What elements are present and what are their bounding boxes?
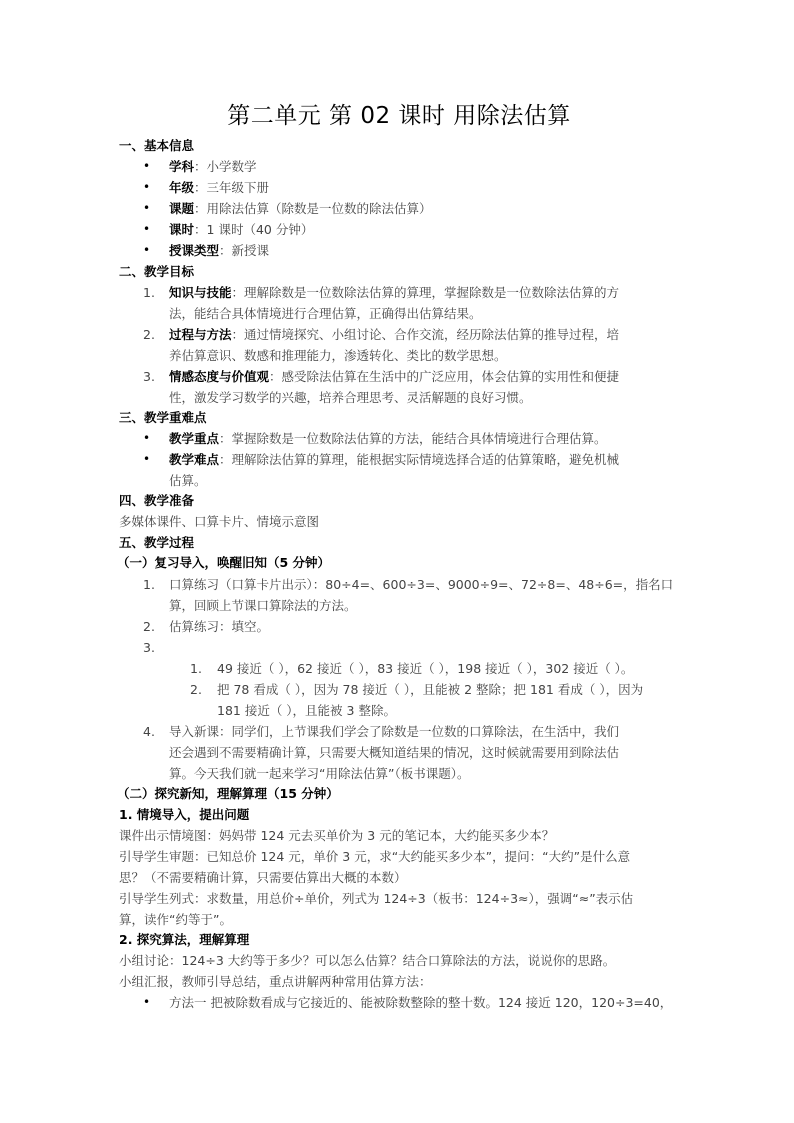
oral-practice: 口算练习（口算卡片出示）：80÷4=、600÷3=、9000÷9=、72÷8=、… bbox=[169, 574, 673, 595]
section-heading-process: 五、教学过程 bbox=[119, 532, 194, 553]
guide-text-1: 引导学生审题：已知总价 124 元，单价 3 元，求“大约能买多少本”，提问：“… bbox=[119, 846, 630, 867]
sub-list-number: 2. bbox=[190, 682, 202, 697]
page-title: 第二单元 第 02 课时 用除法估算 bbox=[119, 97, 679, 130]
fill-blank-2: 把 78 看成（ ），因为 78 接近（ ），且能被 2 整除；把 181 看成… bbox=[217, 679, 643, 700]
bullet-icon: • bbox=[143, 159, 150, 173]
group-discussion: 小组讨论：124÷3 大约等于多少？可以怎么估算？结合口算除法的方法，说说你的思… bbox=[119, 950, 615, 971]
fill-blank-2-cont: 181 接近（ ），且能被 3 整除。 bbox=[217, 700, 396, 721]
objective-knowledge-cont: 法，能结合具体情境进行合理估算，正确得出估算结果。 bbox=[169, 303, 482, 324]
info-item-subject: 学科：小学数学 bbox=[169, 156, 257, 177]
section-heading-basic-info: 一、基本信息 bbox=[119, 135, 194, 156]
method-one: 方法一 把被除数看成与它接近的、能被除数整除的整十数。124 接近 120，12… bbox=[169, 992, 672, 1013]
new-lesson-intro-cont: 还会遇到不需要精确计算，只需要大概知道结果的情况，这时候就需要用到除法估 bbox=[169, 742, 619, 763]
step2-heading: 2. 探究算法，理解算理 bbox=[119, 929, 249, 950]
oral-practice-cont: 算，回顾上节课口算除法的方法。 bbox=[169, 595, 357, 616]
estimate-practice: 估算练习：填空。 bbox=[169, 616, 269, 637]
section-heading-objectives: 二、教学目标 bbox=[119, 261, 194, 282]
scenario-text: 课件出示情境图：妈妈带 124 元去买单价为 3 元的笔记本，大约能买多少本？ bbox=[119, 825, 554, 846]
list-number: 4. bbox=[143, 724, 155, 739]
preparation-text: 多媒体课件、口算卡片、情境示意图 bbox=[119, 511, 319, 532]
list-number: 1. bbox=[143, 577, 155, 592]
section-heading-key-points: 三、教学重难点 bbox=[119, 407, 207, 428]
part1-heading: （一）复习导入，唤醒旧知（5 分钟） bbox=[117, 552, 330, 573]
bullet-icon: • bbox=[143, 431, 150, 445]
bullet-icon: • bbox=[143, 243, 150, 257]
guide-text-2: 引导学生列式：求数量，用总价÷单价，列式为 124÷3（板书：124÷3≈），强… bbox=[119, 888, 633, 909]
info-item-topic: 课题：用除法估算（除数是一位数的除法估算） bbox=[169, 198, 432, 219]
fill-blank-1: 49 接近（ ），62 接近（ ），83 接近（ ），198 接近（ ），302… bbox=[217, 658, 633, 679]
objective-attitude: 情感态度与价值观：感受除法估算在生活中的广泛应用，体会估算的实用性和便捷 bbox=[169, 366, 619, 387]
objective-process-cont: 养估算意识、数感和推理能力，渗透转化、类比的数学思想。 bbox=[169, 345, 507, 366]
new-lesson-intro-cont2: 算。今天我们就一起来学习“用除法估算”（板书课题）。 bbox=[169, 763, 469, 784]
guide-text-2-cont: 算，读作“约等于”。 bbox=[119, 909, 232, 930]
sub-list-number: 1. bbox=[190, 661, 202, 676]
section-heading-preparation: 四、教学准备 bbox=[119, 490, 194, 511]
list-number: 2. bbox=[143, 327, 155, 342]
list-number: 1. bbox=[143, 285, 155, 300]
part2-heading: （二）探究新知，理解算理（15 分钟） bbox=[117, 783, 339, 804]
new-lesson-intro: 导入新课：同学们，上节课我们学会了除数是一位数的口算除法，在生活中，我们 bbox=[169, 721, 619, 742]
list-number: 3. bbox=[143, 640, 155, 655]
bullet-icon: • bbox=[143, 452, 150, 466]
key-point: 教学重点：掌握除数是一位数除法估算的方法，能结合具体情境进行合理估算。 bbox=[169, 428, 607, 449]
bullet-icon: • bbox=[143, 995, 150, 1009]
info-item-grade: 年级：三年级下册 bbox=[169, 177, 269, 198]
bullet-icon: • bbox=[143, 180, 150, 194]
guide-text-1-cont: 思？（不需要精确计算，只需要估算出大概的本数） bbox=[119, 867, 407, 888]
bullet-icon: • bbox=[143, 222, 150, 236]
info-item-type: 授课类型：新授课 bbox=[169, 240, 269, 261]
list-number: 3. bbox=[143, 369, 155, 384]
difficult-point: 教学难点：理解除法估算的算理，能根据实际情境选择合适的估算策略，避免机械 bbox=[169, 449, 619, 470]
group-report: 小组汇报，教师引导总结，重点讲解两种常用估算方法： bbox=[119, 971, 432, 992]
info-item-duration: 课时：1 课时（40 分钟） bbox=[169, 219, 313, 240]
list-number: 2. bbox=[143, 619, 155, 634]
objective-attitude-cont: 性，激发学习数学的兴趣，培养合理思考、灵活解题的良好习惯。 bbox=[169, 387, 532, 408]
bullet-icon: • bbox=[143, 201, 150, 215]
objective-process: 过程与方法：通过情境探究、小组讨论、合作交流，经历除法估算的推导过程，培 bbox=[169, 324, 619, 345]
step1-heading: 1. 情境导入，提出问题 bbox=[119, 804, 249, 825]
difficult-point-cont: 估算。 bbox=[169, 470, 207, 491]
objective-knowledge: 知识与技能：理解除数是一位数除法估算的算理，掌握除数是一位数除法估算的方 bbox=[169, 282, 619, 303]
